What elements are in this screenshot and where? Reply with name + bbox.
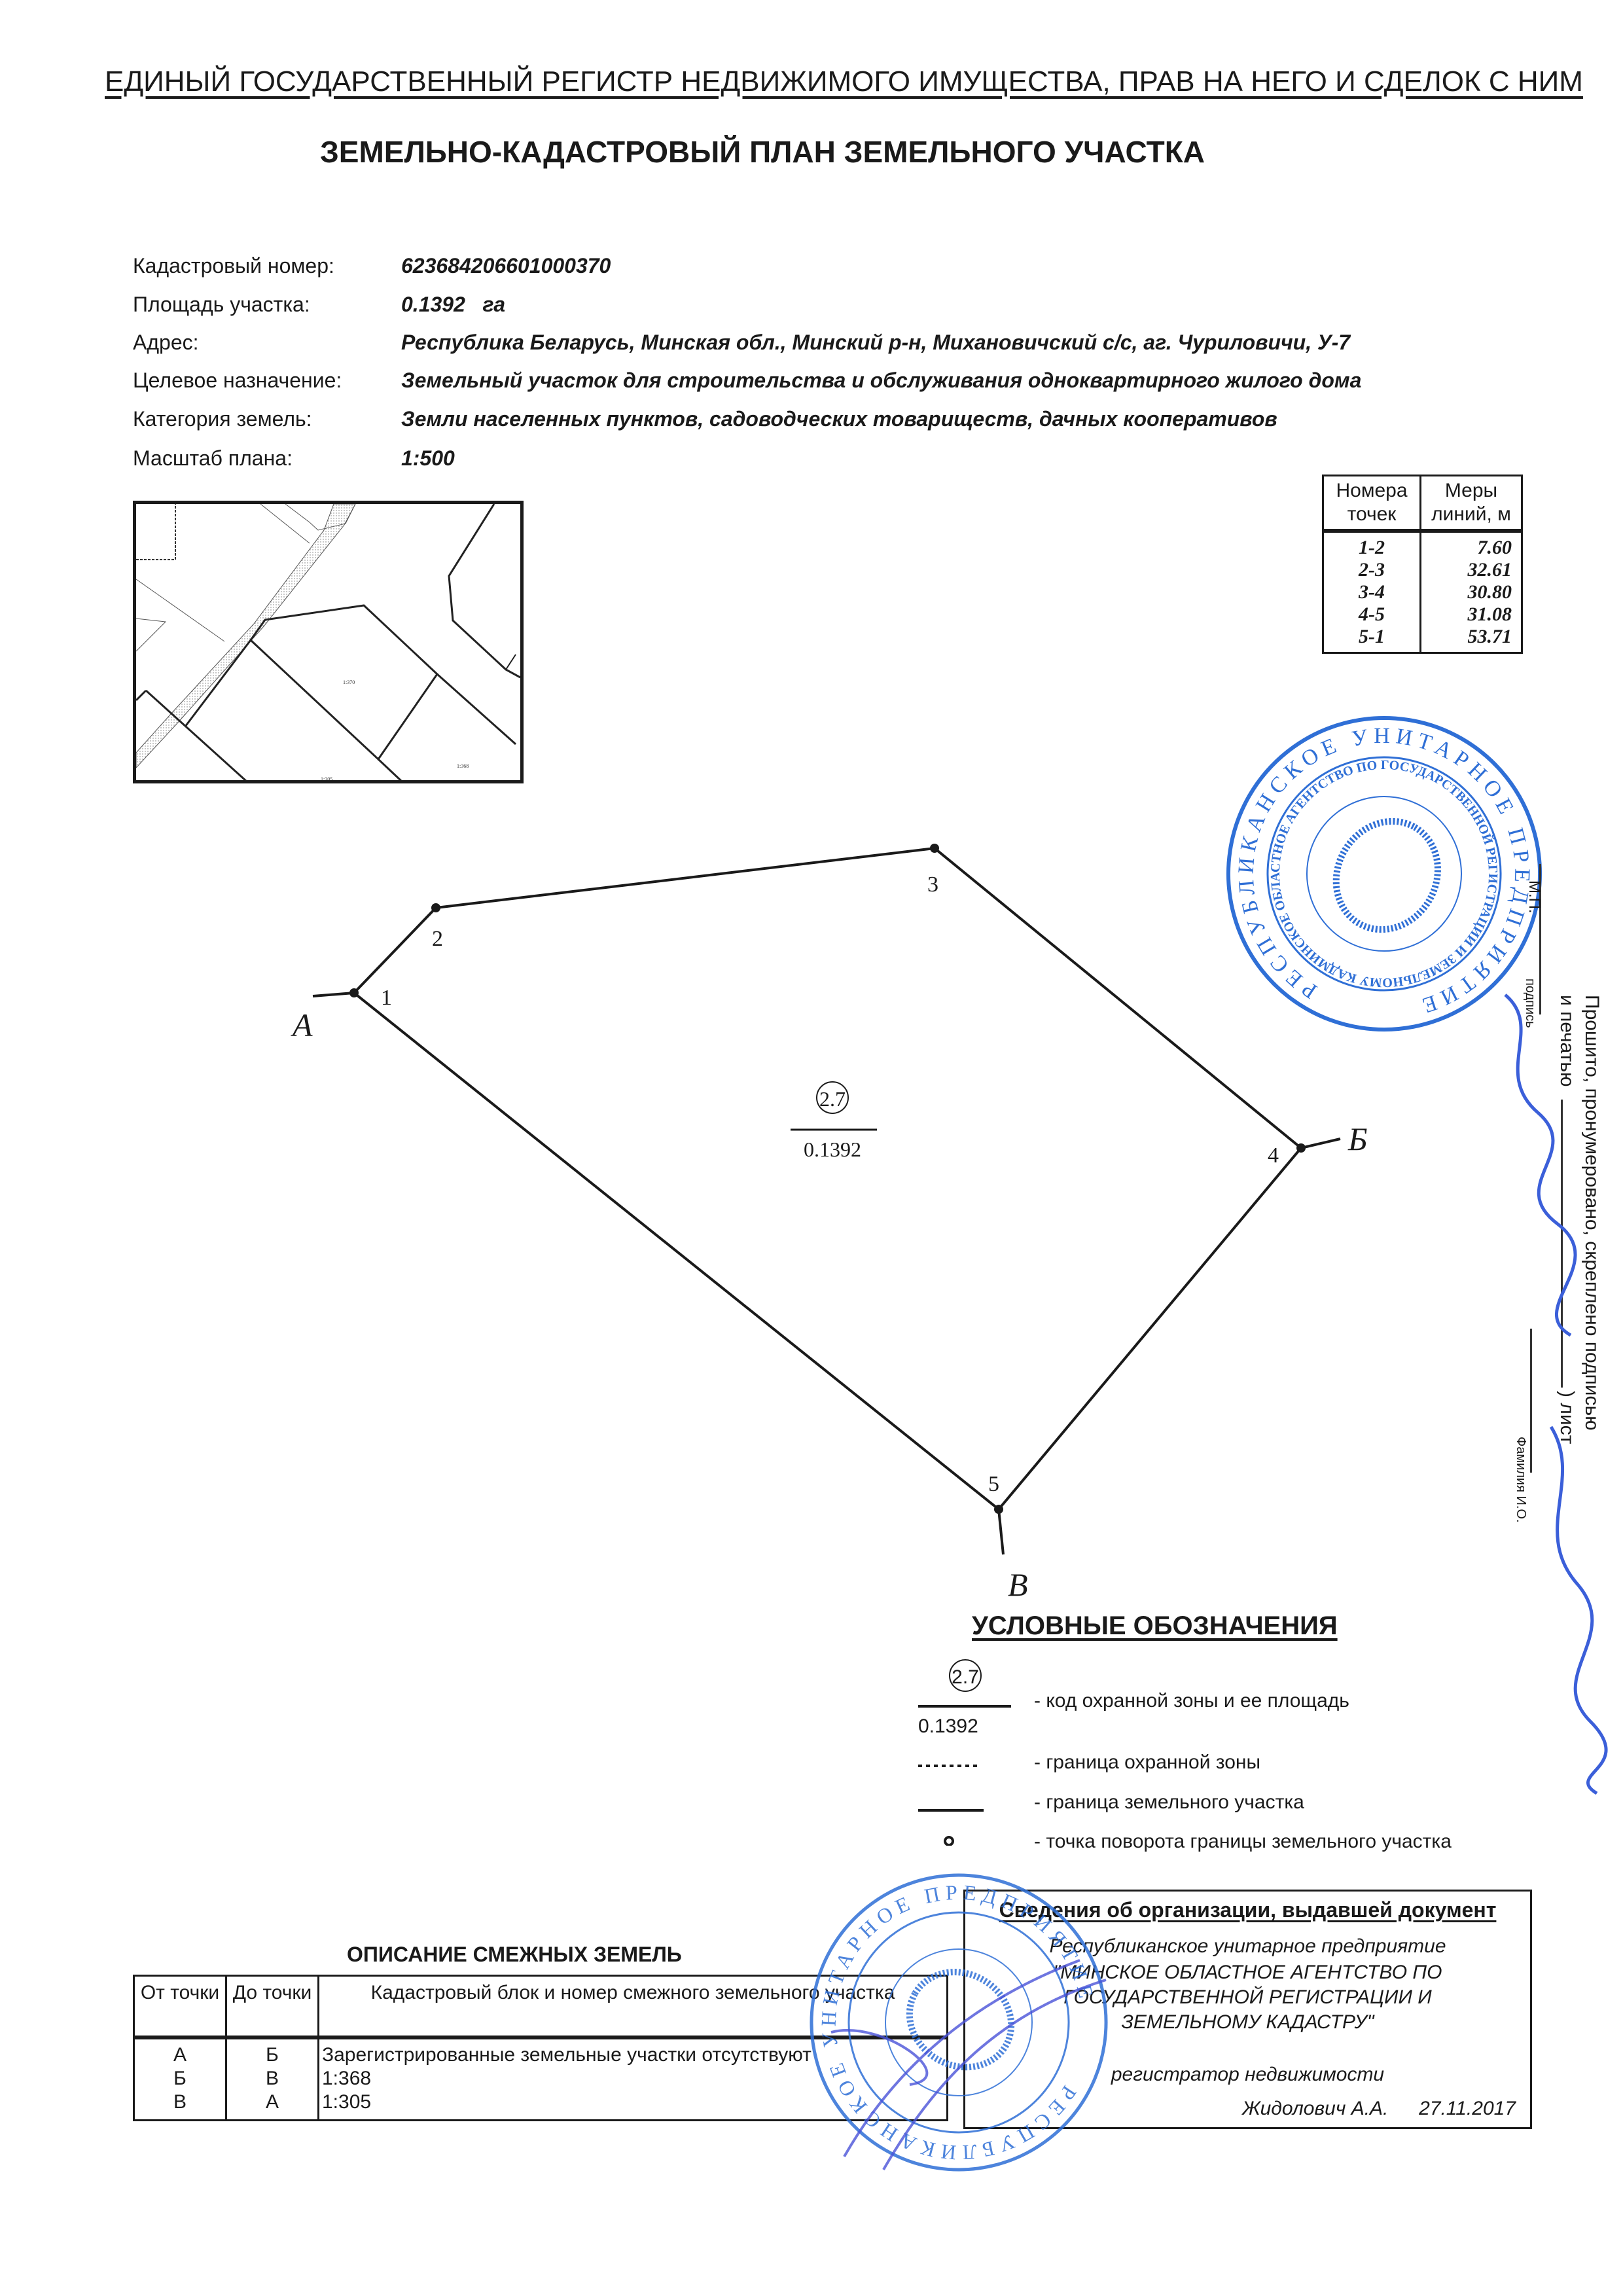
turn-points — [349, 844, 1306, 1514]
parcel-boundary — [313, 848, 1340, 1554]
legend-item-turn-point: - точка поворота границы земельного учас… — [1034, 1831, 1452, 1853]
seal-mark: М.П. — [1525, 880, 1543, 914]
legend-symbols: 2.7 0.1392 — [913, 1656, 1024, 1846]
neighbor-marker: Б — [1347, 1121, 1368, 1157]
svg-text:0.1392: 0.1392 — [804, 1138, 861, 1161]
legend-item-zone-code: - код охранной зоны и ее площадь — [1034, 1690, 1349, 1712]
column-header: От точки — [134, 1976, 226, 2038]
zone-code-label: 2.7 0.1392 — [791, 1082, 877, 1161]
svg-text:2.7: 2.7 — [819, 1087, 846, 1111]
turn-point-icon — [431, 903, 440, 912]
zone-code-symbol-icon: 2.7 0.1392 — [918, 1660, 1011, 1737]
neighbor-marker: А — [291, 1007, 313, 1043]
turn-point-icon — [349, 988, 359, 997]
issuer-date: 27.11.2017 — [1419, 2098, 1516, 2119]
turn-point-icon — [945, 1837, 953, 1845]
vertex-label: 3 — [927, 872, 938, 897]
vertex-label: 2 — [432, 927, 443, 951]
issuer-signer: Жидолович А.А. — [1242, 2098, 1388, 2119]
column-header: До точки — [226, 1976, 319, 2038]
svg-text:0.1392: 0.1392 — [918, 1715, 978, 1737]
turn-point-icon — [930, 844, 939, 853]
legend-item-parcel-boundary: - граница земельного участка — [1034, 1791, 1304, 1814]
legend-title: УСЛОВНЫЕ ОБОЗНАЧЕНИЯ — [972, 1611, 1338, 1641]
neighbor-marker: В — [1008, 1566, 1028, 1603]
vertex-label: 1 — [381, 986, 392, 1010]
issuer-signature-line: Жидолович А.А. 27.11.2017 — [1242, 2098, 1516, 2120]
turn-point-icon — [994, 1505, 1003, 1514]
legend-item-zone-boundary: - граница охранной зоны — [1034, 1751, 1260, 1774]
adjacent-lands-title: ОПИСАНИЕ СМЕЖНЫХ ЗЕМЕЛЬ — [347, 1943, 682, 1967]
handwritten-signature-icon — [1466, 969, 1623, 1806]
official-stamp-icon: РЕСПУБЛИКАНСКОЕ УНИТАРНОЕ ПРЕДПРИЯТИЕ — [805, 1869, 1113, 2176]
svg-text:РЕСПУБЛИКАНСКОЕ УНИТАРНОЕ ПРЕД: РЕСПУБЛИКАНСКОЕ УНИТАРНОЕ ПРЕДПРИЯТИЕ — [805, 1869, 1113, 2176]
svg-text:2.7: 2.7 — [952, 1666, 979, 1688]
vertex-label: 5 — [988, 1472, 999, 1496]
turn-point-icon — [1296, 1143, 1306, 1153]
vertex-label: 4 — [1268, 1143, 1279, 1168]
